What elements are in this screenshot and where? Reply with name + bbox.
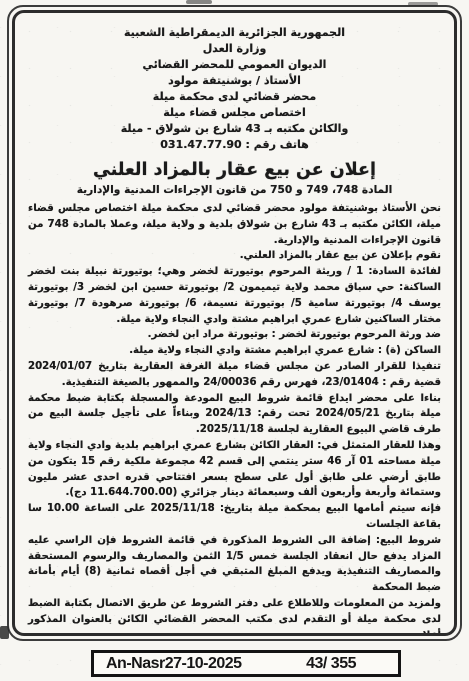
office-address-line: والكائن مكتبه بـ 43 شارع بن شولاق - ميلة — [28, 121, 441, 137]
auction-datetime-line: فإنه سيتم أمامها البيع بمحكمة ميلة بتاري… — [28, 501, 441, 533]
ministry-line: وزارة العدل — [28, 41, 441, 57]
more-info-paragraph: ولمزيد من المعلومات وللاطلاع على دفتر ال… — [28, 596, 441, 636]
judgment-reference-paragraph: تنفيذا للقرار الصادر عن مجلس قضاء ميلة ا… — [28, 359, 441, 391]
residence-line: الساكن (ة) : شارع عمري ابراهيم مشتة وادي… — [28, 343, 441, 359]
bailiff-name-line: الأستاذ / بوشنيتفة مولود — [28, 73, 441, 89]
scan-smudge — [0, 626, 9, 639]
sale-conditions-paragraph: شروط البيع: إضافة الى الشروط المذكورة في… — [28, 533, 441, 596]
page-reference: 43/ 355 — [306, 655, 356, 673]
republic-line: الجمهورية الجزائرية الديمقراطية الشعبية — [28, 25, 441, 41]
bailiff-title-line: محضر قضائي لدى محكمة ميلة — [28, 89, 441, 105]
newspaper-name-date: An-Nasr27-10-2025 — [106, 655, 242, 673]
document-border-frame: الجمهورية الجزائرية الديمقراطية الشعبية … — [7, 5, 462, 641]
scan-smudge — [186, 0, 212, 4]
letterhead: الجمهورية الجزائرية الديمقراطية الشعبية … — [28, 25, 441, 153]
phone-number-line: هاتف رقم : 031.47.77.90 — [28, 137, 441, 153]
notice-body: نحن الأستاذ بوشنيتفة مولود محضر قضائي لد… — [28, 201, 441, 636]
deposit-reference-paragraph: بناءا على محضر ايداع قائمة شروط البيع ال… — [28, 391, 441, 438]
bailiff-office-line: الديوان العمومي للمحضر القضائي — [28, 57, 441, 73]
notice-title: إعلان عن بيع عقار بالمزاد العلني — [28, 160, 441, 180]
jurisdiction-line: اختصاص مجلس قضاء ميلة — [28, 105, 441, 121]
scan-smudge — [408, 2, 438, 6]
legal-basis-line: المادة 748، 749 و 750 من قانون الإجراءات… — [28, 183, 441, 198]
scanned-legal-notice-page: الجمهورية الجزائرية الديمقراطية الشعبية … — [0, 0, 469, 681]
beneficiaries-paragraph: لفائدة السادة: 1 / وريثة المرحوم بوتيورت… — [28, 264, 441, 327]
announcement-line: نقوم بإعلان عن بيع عقار بالمزاد العلني. — [28, 248, 441, 264]
intro-paragraph: نحن الأستاذ بوشنيتفة مولود محضر قضائي لد… — [28, 201, 441, 248]
newspaper-footer-stamp: An-Nasr27-10-2025 43/ 355 — [91, 650, 401, 677]
document-content-area: الجمهورية الجزائرية الديمقراطية الشعبية … — [12, 10, 457, 636]
property-description-paragraph: وهذا للعقار المتمثل في: العقار الكائن بش… — [28, 438, 441, 501]
against-party-line: ضد ورثة المرحوم بوتيورتة لخضر : بوتيورتة… — [28, 327, 441, 343]
